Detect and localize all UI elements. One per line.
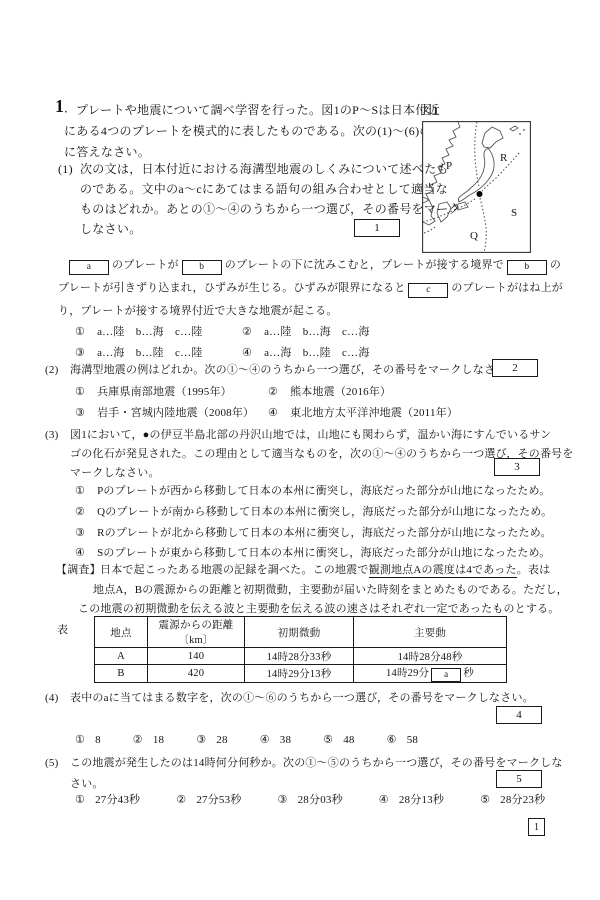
plate-r-label: R (500, 152, 508, 164)
option-number: ② (242, 326, 252, 338)
option-number: ③ (278, 794, 288, 806)
question-1-heading: 1． (55, 96, 76, 117)
q1-line-4: しなさい。 (80, 221, 142, 238)
q2-option-1: ①兵庫県南部地震（1995年） (75, 384, 232, 400)
survey-text: 日本で起こったある地震の記録を調べた。この地震で (100, 564, 369, 576)
option-number: ⑤ (323, 734, 333, 746)
option-label: 28分23秒 (500, 794, 545, 806)
q3-option-2: ②Qのプレートが南から移動して日本の本州に衝突し，海底だった部分が山地になったた… (75, 504, 552, 520)
survey-label: 【調査】 (56, 562, 101, 578)
q4-label: (4) (45, 690, 58, 706)
answer-box-4: 4 (496, 706, 542, 724)
q1-option-2: ②a…陸 b…海 c…海 (242, 324, 370, 340)
q3-option-3: ③Rのプレートが北から移動して日本の本州に衝突し，海底だった部分が山地になったた… (75, 525, 552, 541)
fill-para-line-3: り，プレートが接する境界付近で大きな地震が起こる。 (58, 303, 338, 319)
plate-s-label: S (511, 207, 517, 219)
option-number: ① (75, 734, 85, 746)
option-label: a…海 b…陸 c…陸 (97, 347, 202, 359)
answer-box-5: 5 (496, 770, 542, 788)
option-label: 28分13秒 (399, 794, 444, 806)
option-label: 38 (280, 734, 291, 746)
fill-text: のプレートが (112, 259, 179, 271)
table-row-a: A 140 14時28分33秒 14時28分48秒 (95, 648, 507, 665)
blank-box-c: c (408, 283, 448, 298)
q1-option-3: ③a…海 b…陸 c…陸 (75, 345, 203, 361)
table-caption: 表 (57, 622, 68, 638)
cell-station-b: B (95, 665, 148, 683)
q3-option-4: ④Sのプレートが東から移動して日本の本州に衝突し，海底だった部分が山地になったた… (75, 545, 551, 561)
survey-underlined-text: 観測地点Aの震度は4であった (369, 564, 517, 578)
q4-option-1: ①8 (75, 732, 101, 748)
option-number: ② (176, 794, 186, 806)
option-number: ① (75, 794, 85, 806)
table-header-row: 地点 震源からの距離〔km〕 初期微動 主要動 (95, 617, 507, 648)
cell-distance-b: 420 (148, 665, 245, 683)
small-island-dot (523, 129, 525, 131)
option-label: 岩手・宮城内陸地震（2008年） (97, 407, 254, 419)
survey-text: 。表は (517, 564, 551, 576)
survey-line-1: 日本で起こったある地震の記録を調べた。この地震で観測地点Aの震度は4であった。表… (100, 562, 550, 578)
title-line-2: にある4つのプレートを模式的に表したものである。次の(1)～(6)の問い (64, 123, 456, 140)
q1-line-2: のである。文中のa～cにあてはまる語句の組み合わせとして適当な (80, 181, 448, 198)
fill-text: プレートが引きずり込まれ，ひずみが生じる。ひずみが限界になると (58, 282, 405, 294)
option-number: ④ (379, 794, 389, 806)
option-label: 27分43秒 (95, 794, 140, 806)
option-number: ① (75, 326, 85, 338)
option-label: 18 (153, 734, 164, 746)
blank-box-b2: b (507, 260, 547, 275)
blank-box-a: a (69, 260, 109, 275)
option-label: 28分03秒 (298, 794, 343, 806)
cell-distance-a: 140 (148, 648, 245, 665)
q5-option-3: ③28分03秒 (278, 792, 343, 808)
option-label: 東北地方太平洋沖地震（2011年） (290, 407, 458, 419)
q5-label: (5) (45, 755, 58, 771)
q3-line-3: マークしなさい。 (70, 465, 160, 481)
option-number: ⑤ (480, 794, 490, 806)
q1-option-1: ①a…陸 b…海 c…陸 (75, 324, 203, 340)
q1-option-4: ④a…海 b…陸 c…海 (242, 345, 370, 361)
option-number: ③ (75, 527, 85, 539)
option-label: 58 (407, 734, 418, 746)
cell-station-a: A (95, 648, 148, 665)
header-station: 地点 (95, 617, 148, 648)
plate-q-label: Q (470, 230, 478, 242)
title-line-1: プレートや地震について調べ学習を行った。図1のP～Sは日本付近 (76, 102, 440, 119)
q4-option-5: ⑤48 (323, 732, 354, 748)
table-row-b: B 420 14時29分13秒 14時29分a秒 (95, 665, 507, 683)
option-number: ③ (75, 407, 85, 419)
fill-text: のプレートがはね上が (451, 282, 563, 294)
survey-line-2: 地点A，Bの震源からの距離と初期微動，主要動が届いた時刻をまとめたものである。た… (93, 582, 568, 598)
q1-label: (1) (58, 161, 73, 178)
q4-option-6: ⑥58 (387, 732, 418, 748)
q5-option-4: ④28分13秒 (379, 792, 444, 808)
option-label: Rのプレートが北から移動して日本の本州に衝突し，海底だった部分が山地になったため… (97, 527, 552, 539)
option-label: Pのプレートが西から移動して日本の本州に衝突し，海底だった部分が山地になったため… (97, 485, 550, 497)
option-label: Qのプレートが南から移動して日本の本州に衝突し，海底だった部分が山地になったため… (97, 506, 552, 518)
page-number-box: 1 (528, 818, 545, 836)
seismic-data-table: 地点 震源からの距離〔km〕 初期微動 主要動 A 140 14時28分33秒 … (94, 616, 507, 683)
izu-peninsula-dot (477, 191, 483, 197)
header-initial-tremor: 初期微動 (245, 617, 354, 648)
q2-option-2: ②熊本地震（2016年） (268, 384, 391, 400)
survey-line-3: この地震の初期微動を伝える波と主要動を伝える波の速さはそれぞれ一定であったものと… (78, 601, 560, 617)
q5-line-1: この地震が発生したのは14時何分何秒か。次の①～⑤のうちから一つ選び，その番号を… (70, 755, 563, 771)
option-number: ② (133, 734, 143, 746)
blank-box-table-a: a (431, 668, 461, 682)
option-label: 28 (216, 734, 227, 746)
option-number: ③ (75, 347, 85, 359)
fill-para-line-1: aのプレートがbのプレートの下に沈みこむと，プレートが接する境界でbの (66, 257, 561, 275)
q4-option-4: ④38 (260, 732, 291, 748)
header-distance: 震源からの距離〔km〕 (148, 617, 245, 648)
q5-option-2: ②27分53秒 (176, 792, 241, 808)
option-number: ④ (242, 347, 252, 359)
option-number: ④ (260, 734, 270, 746)
q5-option-1: ①27分43秒 (75, 792, 140, 808)
cell-initial-a: 14時28分33秒 (245, 648, 354, 665)
question-1-separator: ． (64, 101, 76, 115)
option-number: ① (75, 386, 85, 398)
q3-option-1: ①Pのプレートが西から移動して日本の本州に衝突し，海底だった部分が山地になったた… (75, 483, 551, 499)
fill-text: のプレートの下に沈みこむと，プレートが接する境界で (225, 259, 504, 271)
option-number: ⑥ (387, 734, 397, 746)
option-label: 27分53秒 (196, 794, 241, 806)
answer-box-1: 1 (354, 219, 400, 237)
main-b-post: 秒 (463, 668, 474, 679)
q2-label: (2) (45, 362, 58, 378)
option-label: Sのプレートが東から移動して日本の本州に衝突し，海底だった部分が山地になったため… (97, 547, 550, 559)
blank-box-b: b (182, 260, 222, 275)
q4-option-3: ③28 (196, 732, 227, 748)
option-number: ① (75, 485, 85, 497)
q3-label: (3) (45, 427, 58, 443)
fill-para-line-2: プレートが引きずり込まれ，ひずみが生じる。ひずみが限界になるとcのプレートがはね… (58, 280, 563, 298)
header-main-tremor: 主要動 (354, 617, 507, 648)
q4-option-2: ②18 (133, 732, 164, 748)
fill-text: の (550, 259, 561, 271)
option-label: 8 (95, 734, 101, 746)
small-island-dot (519, 133, 521, 135)
option-label: 兵庫県南部地震（1995年） (97, 386, 232, 398)
option-number: ② (268, 386, 278, 398)
answer-box-2: 2 (492, 359, 538, 377)
main-b-pre: 14時29分 (386, 668, 429, 679)
option-number: ④ (75, 547, 85, 559)
q2-option-4: ④東北地方太平洋沖地震（2011年） (268, 405, 458, 421)
option-label: 48 (343, 734, 354, 746)
option-label: 熊本地震（2016年） (290, 386, 391, 398)
q4-options-row: ①8 ②18 ③28 ④38 ⑤48 ⑥58 (75, 732, 418, 748)
title-line-3: に答えなさい。 (64, 144, 150, 161)
q1-line-3: ものはどれか。あとの①～④のうちから一つ選び，その番号をマーク (80, 201, 461, 218)
answer-box-3: 3 (494, 458, 540, 476)
q1-line-1: 次の文は，日本付近における海溝型地震のしくみについて述べたも (80, 161, 449, 178)
option-number: ④ (268, 407, 278, 419)
q5-option-5: ⑤28分23秒 (480, 792, 545, 808)
exam-page: 1． プレートや地震について調べ学習を行った。図1のP～Sは日本付近 にある4つ… (0, 0, 600, 900)
q5-line-2: さい。 (70, 776, 104, 792)
q4-text: 表中のaに当てはまる数字を，次の①～⑥のうちから一つ選び，その番号をマークしなさ… (70, 690, 534, 706)
cell-initial-b: 14時29分13秒 (245, 665, 354, 683)
q5-options-row: ①27分43秒 ②27分53秒 ③28分03秒 ④28分13秒 ⑤28分23秒 (75, 792, 545, 808)
figure-1-label: 図1 (420, 102, 439, 119)
cell-main-b: 14時29分a秒 (354, 665, 507, 683)
q3-line-1: 図1において，●の伊豆半島北部の丹沢山地では，山地にも関わらず，温かい海にすんで… (70, 427, 551, 443)
option-label: a…海 b…陸 c…海 (264, 347, 369, 359)
option-label: a…陸 b…海 c…陸 (97, 326, 202, 338)
question-1-number: 1 (55, 96, 64, 116)
option-number: ② (75, 506, 85, 518)
q2-option-3: ③岩手・宮城内陸地震（2008年） (75, 405, 254, 421)
cell-main-a: 14時28分48秒 (354, 648, 507, 665)
option-number: ③ (196, 734, 206, 746)
option-label: a…陸 b…海 c…海 (264, 326, 369, 338)
q2-text: 海溝型地震の例はどれか。次の①～④のうちから一つ選び，その番号をマークしなさい。 (70, 362, 518, 378)
